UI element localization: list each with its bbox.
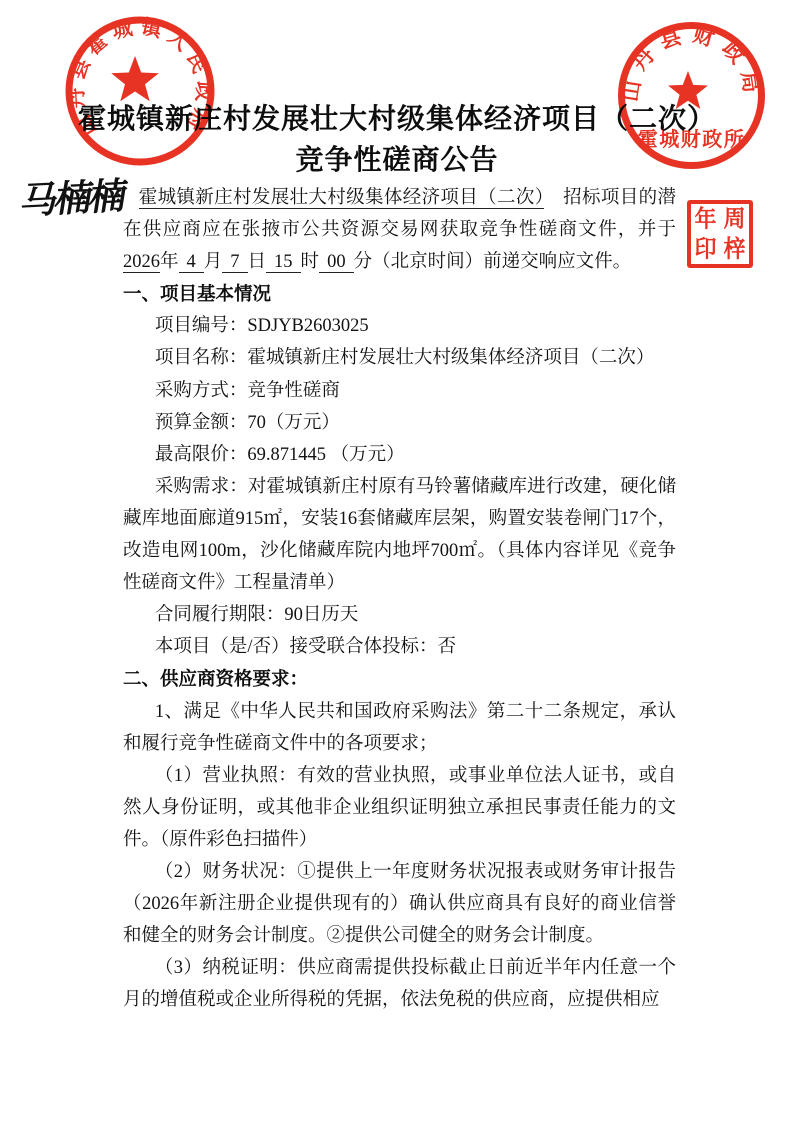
field-value: 霍城镇新庄村发展壮大村级集体经济项目（二次） (247, 348, 654, 368)
field-project-name: 项目名称：霍城镇新庄村发展壮大村级集体经济项目（二次） (123, 342, 676, 374)
seal-bottom-text: 霍城财政所 (638, 127, 746, 151)
deadline-hour: 15 (266, 252, 301, 273)
personal-name-seal: 年 周 印 梓 (687, 200, 753, 268)
intro-paragraph: 霍城镇新庄村发展壮大村级集体经济项目（二次） 招标项目的潜在供应商应在张掖市公共… (123, 182, 676, 278)
contract-term: 合同履行期限：90日历天 (123, 599, 676, 631)
field-budget-amount: 预算金额：70（万元） (123, 407, 676, 439)
field-label: 采购方式： (155, 381, 248, 401)
month-unit: 月 (204, 252, 223, 272)
seal-char: 印 (694, 237, 716, 260)
field-value: 70（万元） (247, 413, 340, 433)
field-procurement-method: 采购方式：竞争性磋商 (123, 375, 676, 407)
year-unit: 年 (160, 252, 179, 272)
field-value: SDJYB2603025 (247, 316, 368, 336)
deadline-day: 7 (222, 252, 247, 273)
procurement-demand: 采购需求：对霍城镇新庄村原有马铃薯储藏库进行改建，硬化储藏库地面廊道915㎡，安… (123, 471, 676, 599)
intro-tail: （北京时间）前递交响应文件。 (372, 252, 631, 272)
clause-business-license: （1）营业执照：有效的营业执照，或事业单位法人证书，或自然人身份证明，或其他非企… (123, 760, 676, 856)
deadline-year: 2026 (123, 252, 160, 273)
field-label: 最高限价： (155, 445, 248, 465)
field-label: 合同履行期限： (155, 605, 285, 625)
seal-char: 梓 (723, 237, 745, 260)
clause-general: 1、满足《中华人民共和国政府采购法》第二十二条规定，承认和履行竞争性磋商文件中的… (123, 696, 676, 760)
project-name-underlined: 霍城镇新庄村发展壮大村级集体经济项目（二次） (139, 188, 545, 209)
field-label: 预算金额： (155, 413, 248, 433)
field-value: 否 (437, 637, 456, 657)
field-label: 本项目（是/否）接受联合体投标： (155, 637, 438, 657)
field-max-price: 最高限价：69.871445 （万元） (123, 439, 676, 471)
government-circular-seal: 山丹县霍城镇人民政府 (61, 12, 219, 170)
clause-tax-certificate: （3）纳税证明：供应商需提供投标截止日前近半年内任意一个月的增值税或企业所得税的… (123, 952, 676, 1016)
field-value: 竞争性磋商 (247, 381, 340, 401)
star-icon (111, 56, 159, 101)
day-unit: 日 (248, 252, 267, 272)
minute-unit: 分 (354, 252, 373, 272)
section1-heading: 一、项目基本情况 (123, 278, 676, 310)
hour-unit: 时 (301, 252, 320, 272)
star-icon (668, 71, 708, 109)
consortium-bidding: 本项目（是/否）接受联合体投标：否 (123, 631, 676, 663)
field-label: 项目名称： (155, 348, 248, 368)
field-value: 69.871445 （万元） (247, 445, 404, 465)
handwritten-signature: 马楠楠 (17, 165, 129, 224)
field-label: 项目编号： (155, 316, 248, 336)
section2-heading: 二、供应商资格要求： (123, 663, 676, 695)
field-value: 90日历天 (284, 605, 358, 625)
finance-circular-seal: 山丹县财政局 霍城财政所 (614, 18, 769, 173)
deadline-month: 4 (179, 252, 204, 273)
field-project-number: 项目编号：SDJYB2603025 (123, 310, 676, 342)
clause-financial-status: （2）财务状况：①提供上一年度财务状况报表或财务审计报告（2026年新注册企业提… (123, 856, 676, 952)
document-page: 霍城镇新庄村发展壮大村级集体经济项目（二次） 竞争性磋商公告 霍城镇新庄村发展壮… (0, 0, 794, 1123)
seal-char: 年 (694, 207, 716, 230)
deadline-minute: 00 (319, 252, 354, 273)
document-body: 霍城镇新庄村发展壮大村级集体经济项目（二次） 招标项目的潜在供应商应在张掖市公共… (123, 182, 676, 1016)
seal-char: 周 (723, 207, 745, 230)
